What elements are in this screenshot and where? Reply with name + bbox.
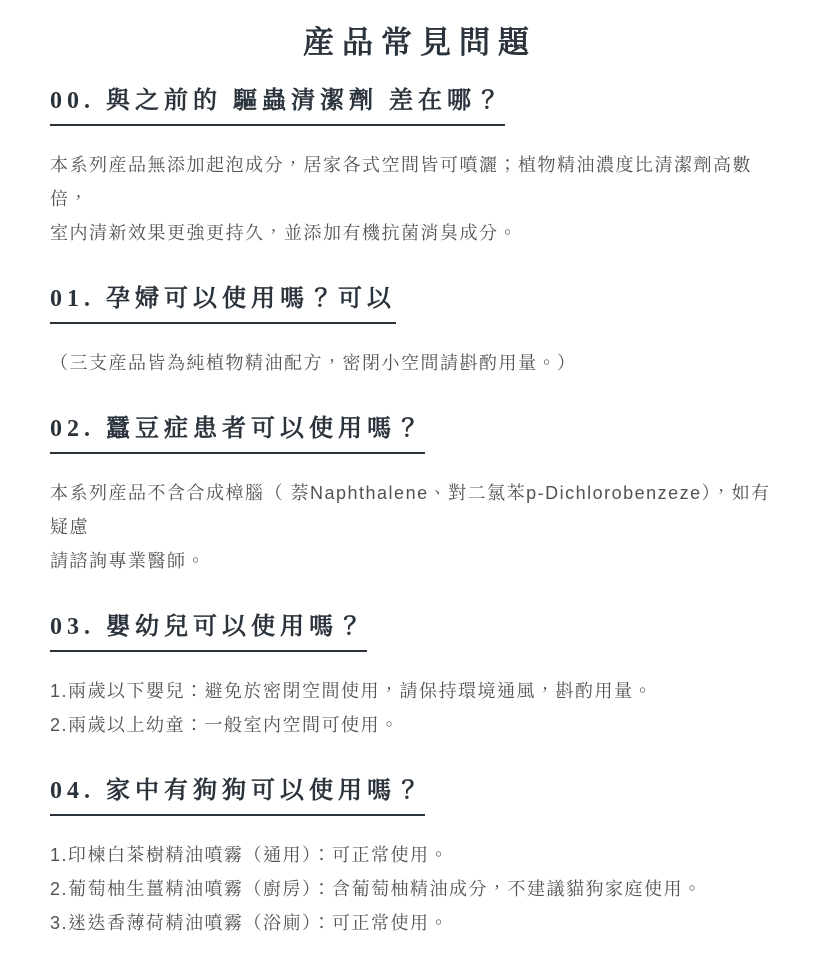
faq-question: 02. 蠶豆症患者可以使用嗎？ xyxy=(50,414,425,454)
faq-question: 00. 與之前的 驅蟲清潔劑 差在哪？ xyxy=(50,86,505,126)
faq-answer-line: 本系列産品不含合成樟腦（ 萘Naphthalene、對二氯苯p-Dichloro… xyxy=(50,476,790,544)
faq-answer: （三支産品皆為純植物精油配方，密閉小空間請斟酌用量。） xyxy=(50,346,790,380)
faq-answer-line: 室内清新效果更強更持久，並添加有機抗菌消臭成分。 xyxy=(50,216,790,250)
faq-answer-line: 請諮詢專業醫師。 xyxy=(50,544,790,578)
faq-section: 00. 與之前的 驅蟲清潔劑 差在哪？ 本系列産品無添加起泡成分，居家各式空間皆… xyxy=(50,86,790,250)
faq-section: 04. 家中有狗狗可以使用嗎？ 1.印楝白茶樹精油噴霧（通用）：可正常使用。2.… xyxy=(50,776,790,940)
faq-section: 03. 嬰幼兒可以使用嗎？ 1.兩歲以下嬰兒：避免於密閉空間使用，請保持環境通風… xyxy=(50,612,790,742)
faq-answer-line: 1.印楝白茶樹精油噴霧（通用）：可正常使用。 xyxy=(50,838,790,872)
faq-answer-line: 2.兩歲以上幼童：一般室内空間可使用。 xyxy=(50,708,790,742)
faq-answer-line: （三支産品皆為純植物精油配方，密閉小空間請斟酌用量。） xyxy=(50,346,790,380)
faq-question: 03. 嬰幼兒可以使用嗎？ xyxy=(50,612,367,652)
faq-page: 産品常見問題 00. 與之前的 驅蟲清潔劑 差在哪？ 本系列産品無添加起泡成分，… xyxy=(0,0,840,980)
faq-list: 00. 與之前的 驅蟲清潔劑 差在哪？ 本系列産品無添加起泡成分，居家各式空間皆… xyxy=(50,86,790,940)
faq-answer: 1.兩歲以下嬰兒：避免於密閉空間使用，請保持環境通風，斟酌用量。2.兩歲以上幼童… xyxy=(50,674,790,742)
faq-question: 01. 孕婦可以使用嗎？可以 xyxy=(50,284,396,324)
faq-answer-line: 1.兩歲以下嬰兒：避免於密閉空間使用，請保持環境通風，斟酌用量。 xyxy=(50,674,790,708)
faq-answer-line: 2.葡萄柚生薑精油噴霧（廚房）：含葡萄柚精油成分，不建議貓狗家庭使用。 xyxy=(50,872,790,906)
faq-section: 01. 孕婦可以使用嗎？可以 （三支産品皆為純植物精油配方，密閉小空間請斟酌用量… xyxy=(50,284,790,380)
page-title: 産品常見問題 xyxy=(50,24,790,62)
faq-section: 02. 蠶豆症患者可以使用嗎？ 本系列産品不含合成樟腦（ 萘Naphthalen… xyxy=(50,414,790,578)
faq-answer: 1.印楝白茶樹精油噴霧（通用）：可正常使用。2.葡萄柚生薑精油噴霧（廚房）：含葡… xyxy=(50,838,790,940)
faq-answer: 本系列産品無添加起泡成分，居家各式空間皆可噴灑；植物精油濃度比清潔劑高數倍，室内… xyxy=(50,148,790,250)
faq-answer-line: 本系列産品無添加起泡成分，居家各式空間皆可噴灑；植物精油濃度比清潔劑高數倍， xyxy=(50,148,790,216)
faq-question: 04. 家中有狗狗可以使用嗎？ xyxy=(50,776,425,816)
faq-answer-line: 3.迷迭香薄荷精油噴霧（浴廁）：可正常使用。 xyxy=(50,906,790,940)
faq-answer: 本系列産品不含合成樟腦（ 萘Naphthalene、對二氯苯p-Dichloro… xyxy=(50,476,790,578)
